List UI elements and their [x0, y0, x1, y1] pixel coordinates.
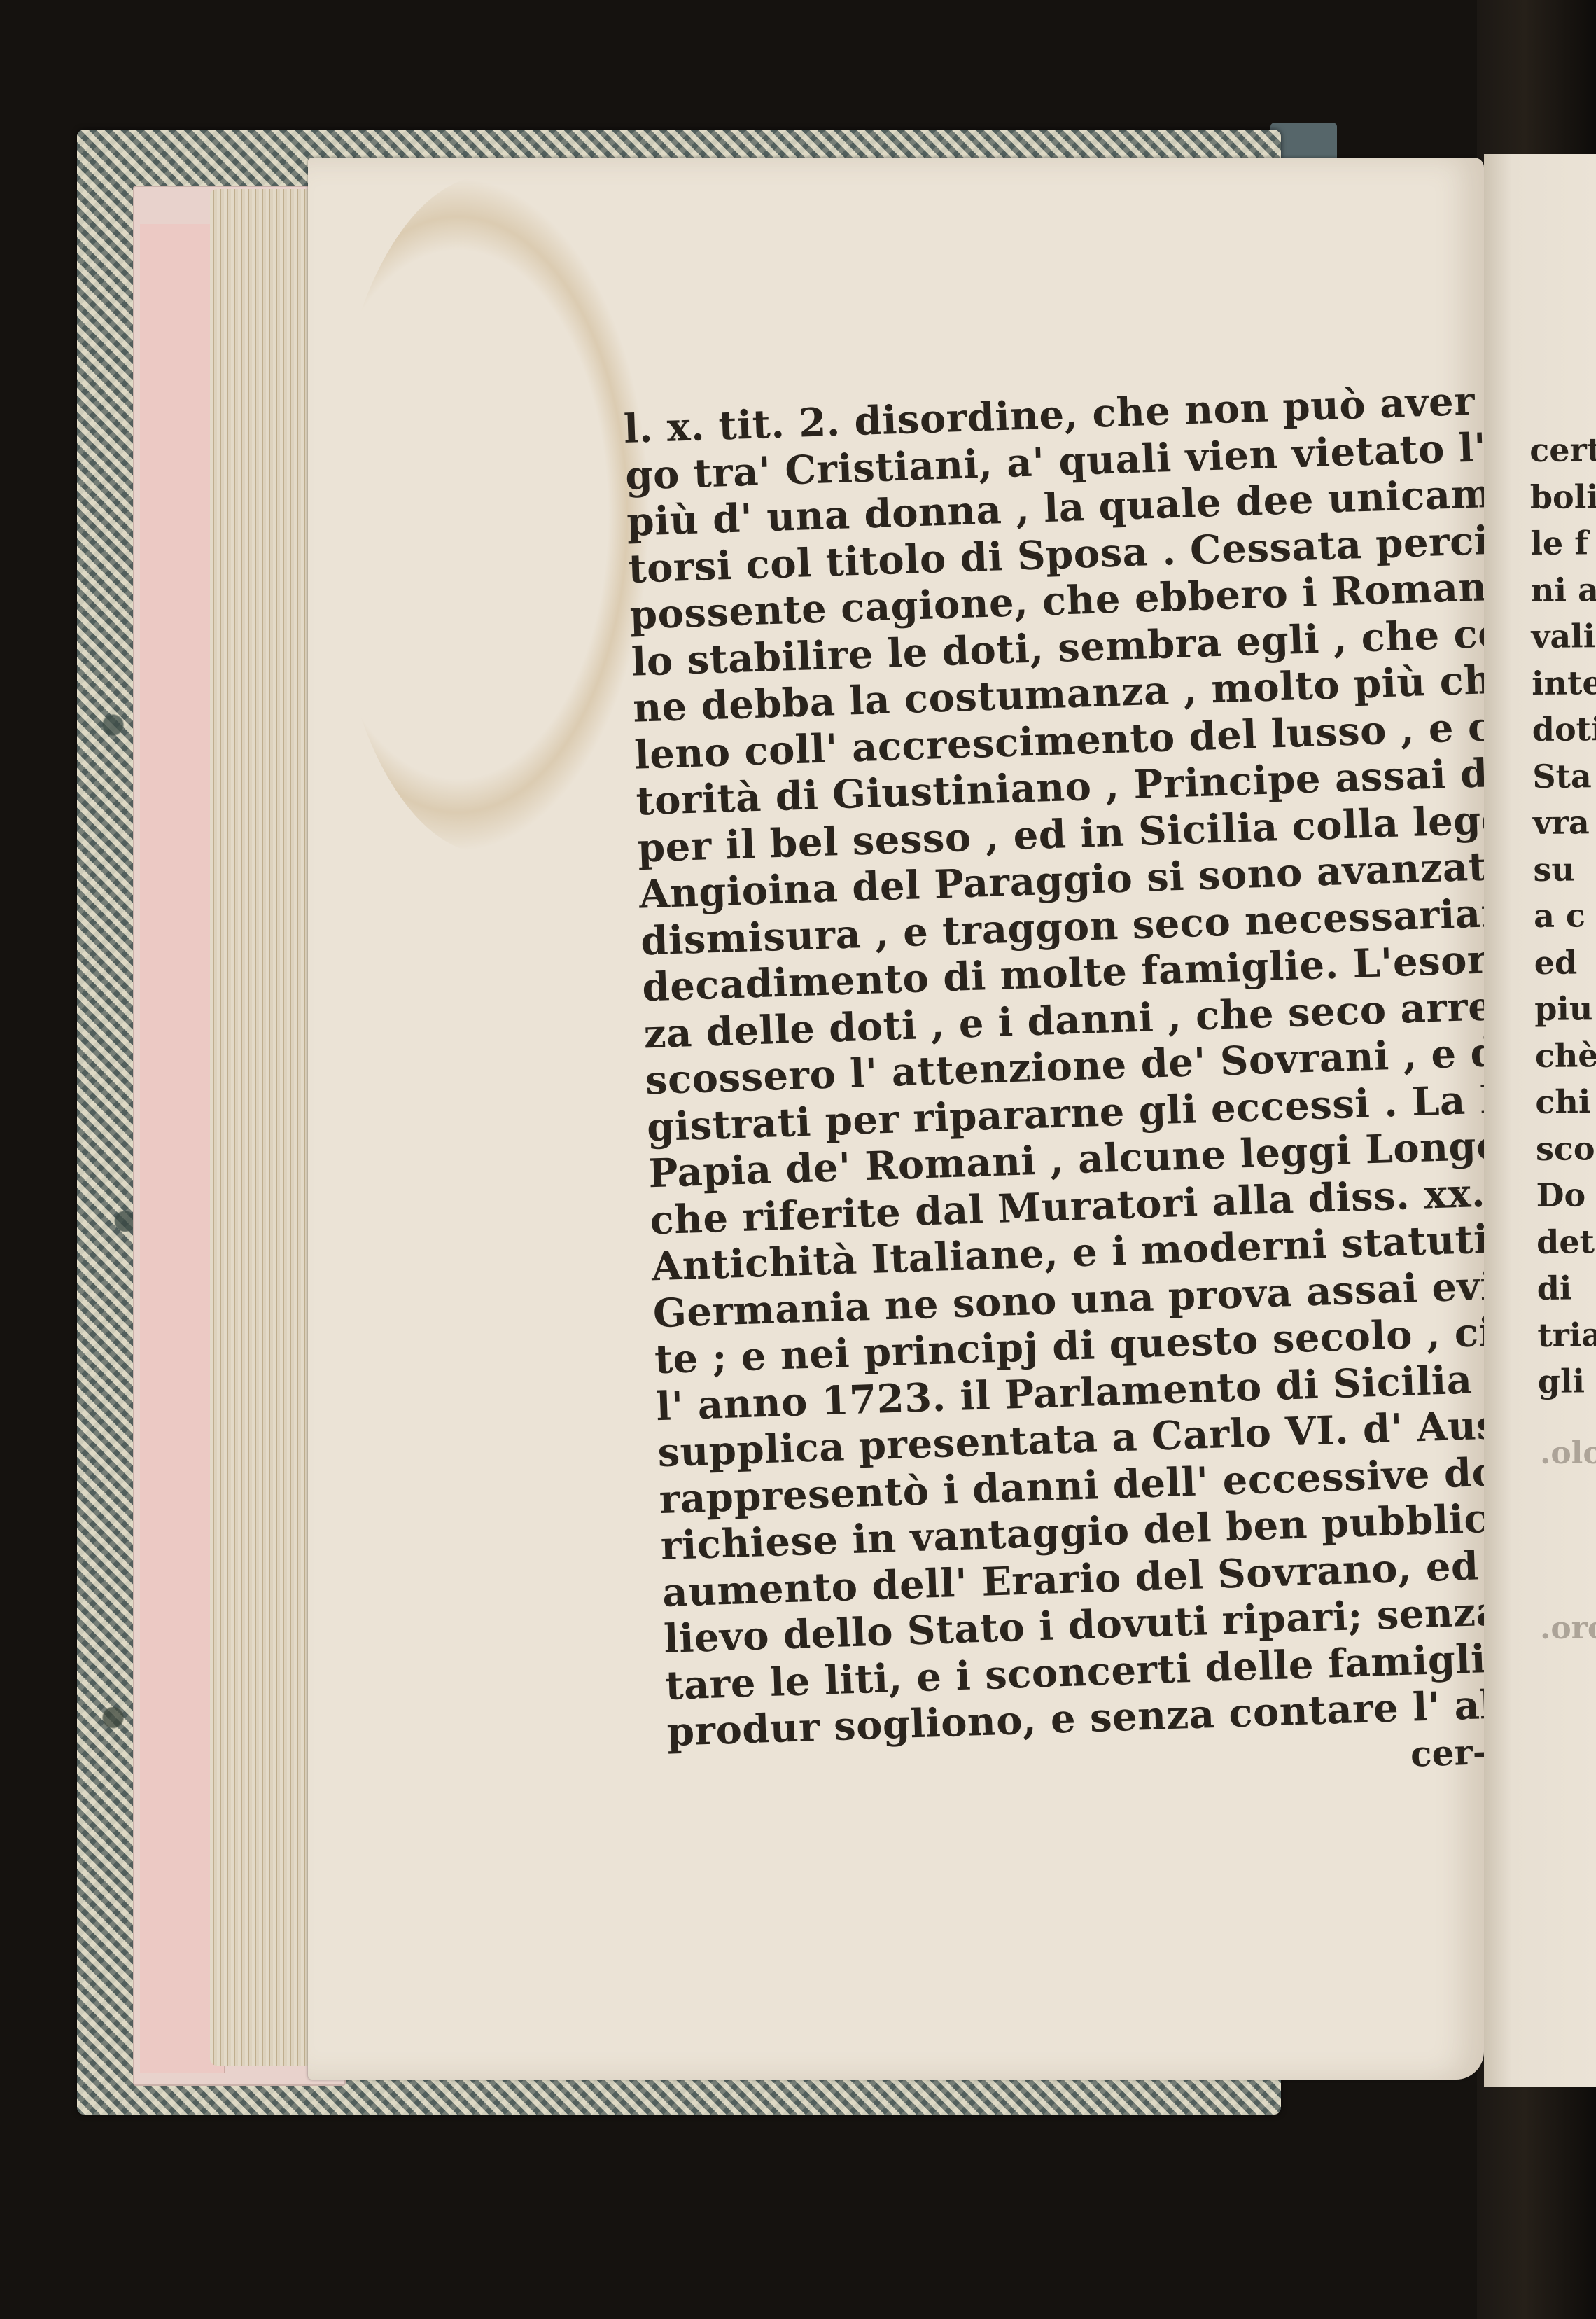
- text-line: piu: [1534, 985, 1596, 1032]
- text-line: cert: [1529, 426, 1596, 473]
- text-line: doti: [1532, 706, 1596, 753]
- text-line: gli: [1538, 1358, 1596, 1405]
- right-page-text: cert boli le f ni a vali inte doti Sta v…: [1529, 426, 1596, 1405]
- show-through-text: .olo: [1540, 1435, 1596, 1471]
- text-line: boli: [1530, 473, 1596, 520]
- text-line: vali: [1531, 613, 1596, 660]
- text-line: inte: [1532, 660, 1596, 706]
- text-line: a c: [1534, 892, 1596, 939]
- text-line: su: [1533, 846, 1596, 893]
- page-text-block: l. x. tit. 2. disordine, che non può ave…: [623, 378, 1508, 1802]
- text-line: ni a: [1531, 566, 1596, 613]
- water-stain: [329, 175, 651, 854]
- text-line: Do: [1536, 1171, 1596, 1218]
- text-line: di: [1536, 1265, 1596, 1311]
- text-line: chi: [1535, 1078, 1596, 1125]
- text-line: det: [1536, 1218, 1596, 1265]
- text-line: sco: [1536, 1125, 1596, 1172]
- show-through-text: .oro: [1540, 1610, 1596, 1646]
- page-edges-stack: [210, 189, 315, 2066]
- text-line: chè: [1535, 1032, 1596, 1079]
- text-line: Sta: [1532, 753, 1596, 800]
- text-line: le f: [1530, 520, 1596, 566]
- text-line: tria: [1537, 1311, 1596, 1358]
- text-line: ed: [1534, 939, 1596, 986]
- text-line: vra: [1533, 799, 1596, 846]
